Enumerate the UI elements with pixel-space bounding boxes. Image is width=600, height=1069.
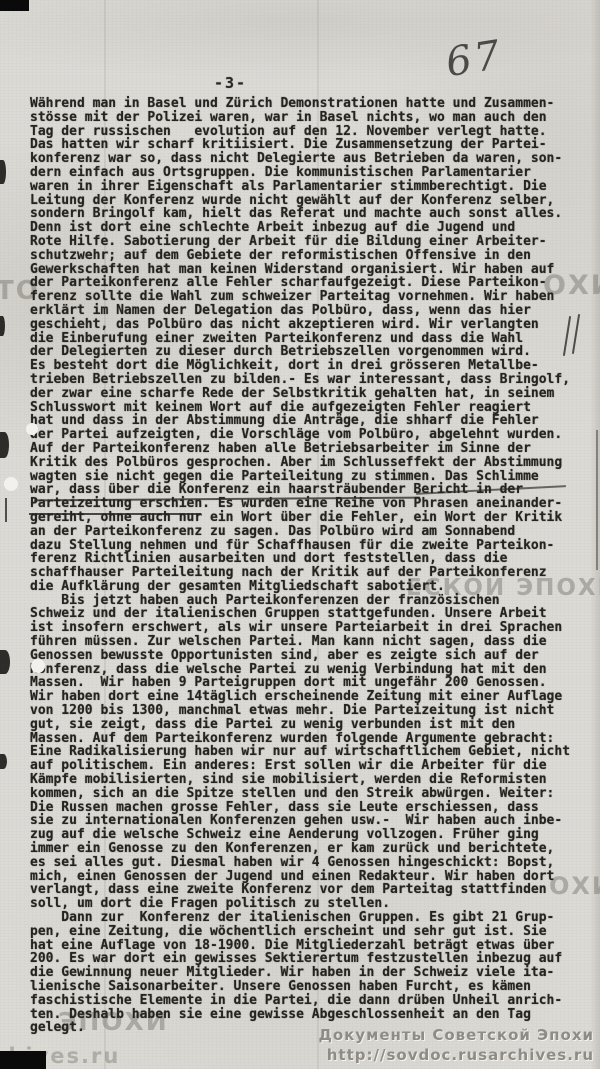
archive-watermark: Документы Советской Эпохи http://sovdoc.… xyxy=(318,1025,594,1065)
pencil-underline xyxy=(29,513,201,515)
page-number: -3- xyxy=(214,74,247,92)
paper-white-spot xyxy=(26,423,38,435)
archive-watermark-title: Документы Советской Эпохи xyxy=(318,1025,594,1045)
typewritten-text: Während man in Basel und Zürich Demonstr… xyxy=(30,97,570,1035)
handwritten-folio-number: 67 xyxy=(443,32,506,86)
scan-edge-mark xyxy=(0,432,9,458)
archive-watermark-url: http://sovdoc.rusarchives.ru xyxy=(318,1045,594,1065)
scan-corner-black-mark xyxy=(0,1051,46,1069)
scanned-document-page: ТО ОХИ ЕСКОЙ ЭПОХИ ОХИ ЭПОХИ chives.ru -… xyxy=(0,0,600,1069)
scan-edge-mark xyxy=(0,754,7,769)
page-edge-shadow xyxy=(590,0,600,1069)
margin-pencil-stroke xyxy=(5,498,7,522)
paper-white-spot xyxy=(31,659,45,673)
margin-vertical-line xyxy=(596,430,598,570)
margin-tick-mark xyxy=(572,314,580,354)
scan-edge-mark xyxy=(0,316,5,336)
scan-edge-mark xyxy=(0,160,6,184)
scan-edge-mark xyxy=(0,650,10,674)
scan-corner-black-mark xyxy=(0,0,29,11)
paper-white-spot xyxy=(4,477,18,491)
